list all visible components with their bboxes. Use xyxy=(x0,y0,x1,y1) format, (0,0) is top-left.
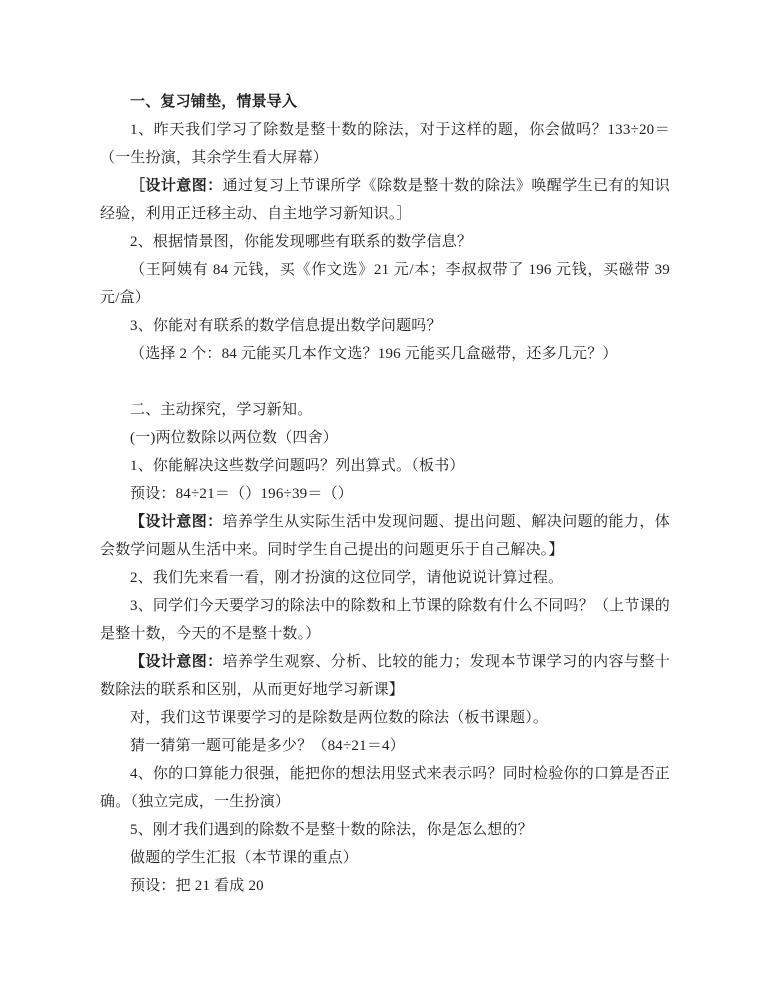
paragraph-divisor-difference: 3、同学们今天要学习的除法中的除数和上节课的除数有什么不同吗？（上节课的是整十数… xyxy=(100,592,670,648)
paragraph-vertical-form: 4、你的口算能力很强，能把你的想法用竖式来表示吗？同时检验你的口算是否正确。（独… xyxy=(100,760,670,816)
document-page: 一、复习铺垫，情景导入 1、昨天我们学习了除数是整十数的除法，对于这样的题，你会… xyxy=(0,0,770,1000)
design-note-1: ［设计意图：通过复习上节课所学《除数是整十数的除法》唤醒学生已有的知识经验，利用… xyxy=(100,172,670,228)
paragraph-preset-rounding: 预设：把 21 看成 20 xyxy=(100,872,670,900)
paragraph-subsection: (一)两位数除以两位数（四舍） xyxy=(100,424,670,452)
paragraph-guess-answer: 猜一猜第一题可能是多少？（84÷21＝4） xyxy=(100,732,670,760)
paragraph-scenario-info: （王阿姨有 84 元钱，买《作文选》21 元/本；李叔叔带了 196 元钱，买磁… xyxy=(100,256,670,312)
paragraph-question-choices: （选择 2 个：84 元能买几本作文选？196 元能买几盒磁带，还多几元？） xyxy=(100,340,670,368)
paragraph-step3: 3、你能对有联系的数学信息提出数学问题吗？ xyxy=(100,312,670,340)
paragraph-student-report: 做题的学生汇报（本节课的重点） xyxy=(100,844,670,872)
lesson-plan-body: 一、复习铺垫，情景导入 1、昨天我们学习了除数是整十数的除法，对于这样的题，你会… xyxy=(100,88,670,900)
design-note-prefix: 【设计意图： xyxy=(130,514,223,530)
paragraph-step2: 2、根据情景图，你能发现哪些有联系的数学信息？ xyxy=(100,228,670,256)
paragraph-look-first: 2、我们先来看一看，刚才扮演的这位同学，请他说说计算过程。 xyxy=(100,564,670,592)
blank-line xyxy=(100,368,670,396)
design-note-prefix: 【设计意图： xyxy=(130,654,223,670)
paragraph-step1: 1、昨天我们学习了除数是整十数的除法，对于这样的题，你会做吗？133÷20＝（一… xyxy=(100,116,670,172)
paragraph-preset-equations: 预设：84÷21＝（）196÷39＝（） xyxy=(100,480,670,508)
paragraph-how-think: 5、刚才我们遇到的除数不是整十数的除法，你是怎么想的？ xyxy=(100,816,670,844)
design-note-prefix: ［设计意图： xyxy=(130,178,223,194)
design-note-3: 【设计意图：培养学生观察、分析、比较的能力；发现本节课学习的内容与整十数除法的联… xyxy=(100,648,670,704)
paragraph-solve-problems: 1、你能解决这些数学问题吗？列出算式。（板书） xyxy=(100,452,670,480)
paragraph-lesson-topic: 对，我们这节课要学习的是除数是两位数的除法（板书课题）。 xyxy=(100,704,670,732)
section-heading-review: 一、复习铺垫，情景导入 xyxy=(100,88,670,116)
section-heading-explore: 二、主动探究，学习新知。 xyxy=(100,396,670,424)
design-note-2: 【设计意图：培养学生从实际生活中发现问题、提出问题、解决问题的能力，体会数学问题… xyxy=(100,508,670,564)
